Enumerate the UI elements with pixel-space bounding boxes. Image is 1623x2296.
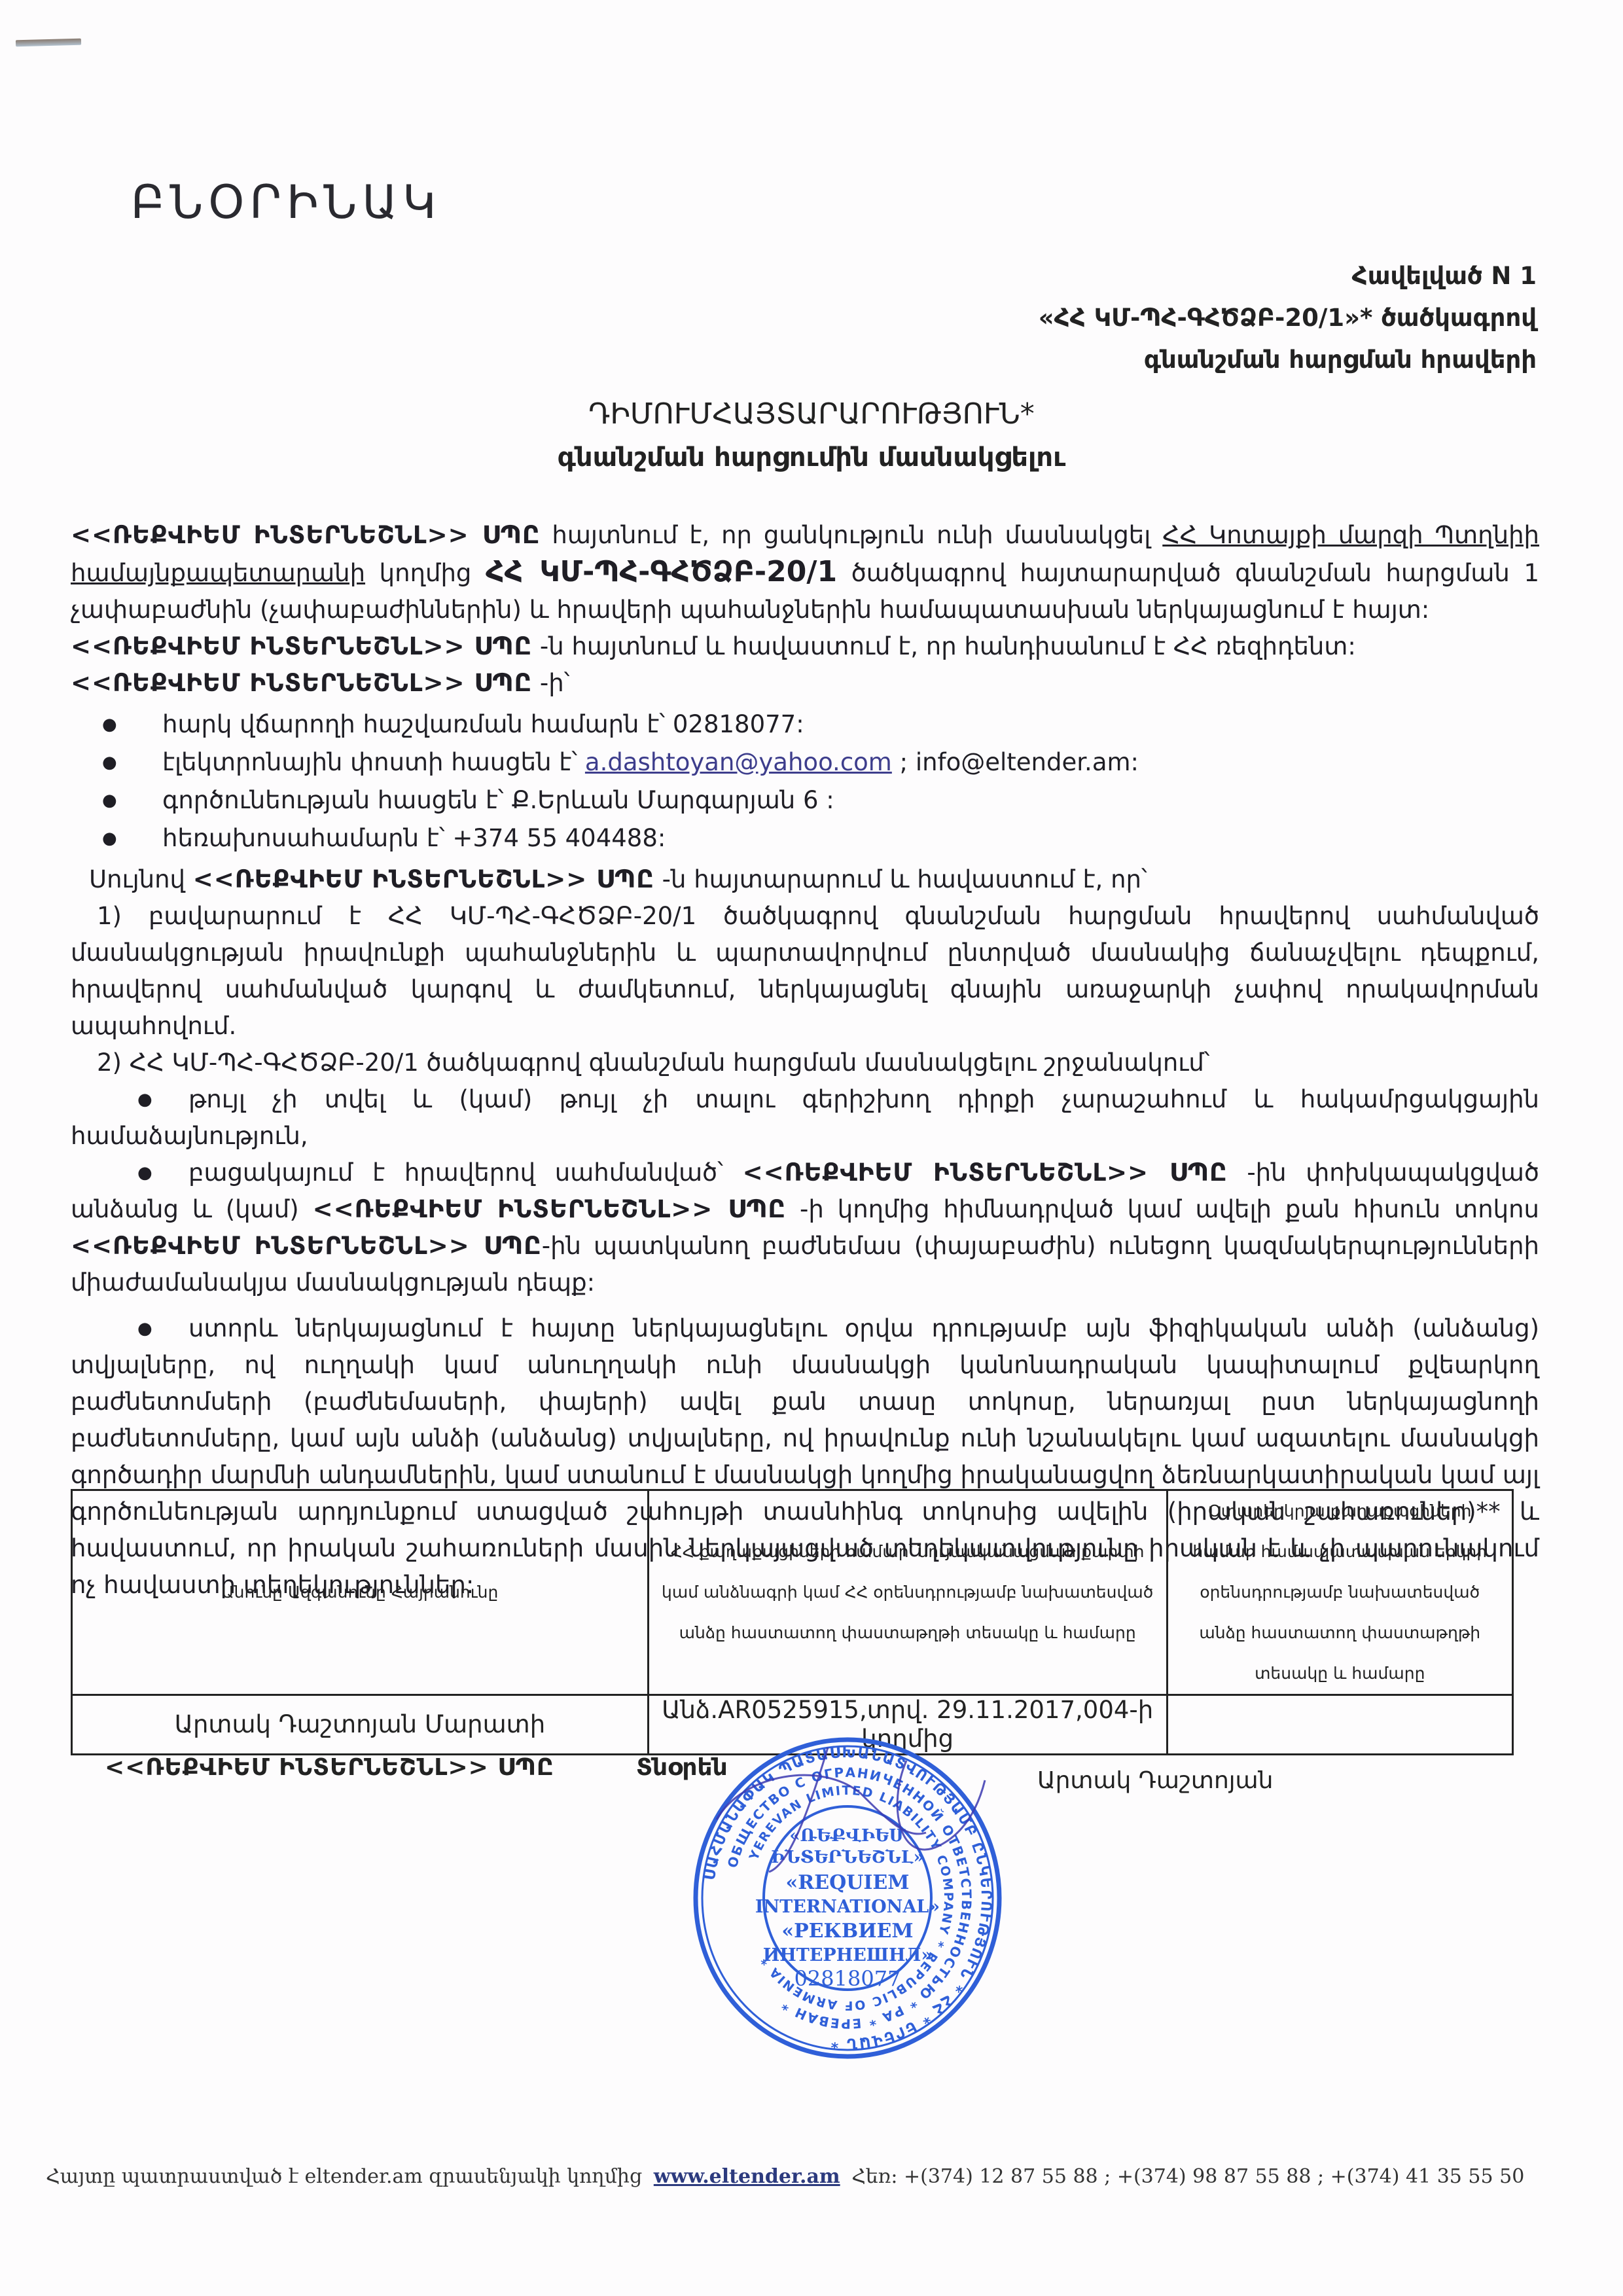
table-header-row: Անունը Ազգանունը Հայրանունը ՀՀ քաղաքացին…: [72, 1490, 1513, 1695]
header-full-name: Անունը Ազգանունը Հայրանունը: [72, 1490, 649, 1695]
procedure-code: ՀՀ ԿՄ-ՊՀ-ԳՀԾՁԲ-20/1: [486, 555, 837, 588]
declaration-body: <<ՌԵՔՎԻԵՄ ԻՆՏԵՐՆԵՇՆԼ>> ՍՊԸ հայտնում է, ո…: [71, 517, 1539, 1604]
cell-full-name: Արտակ Դաշտոյան Մարատի: [72, 1695, 649, 1755]
scan-artifact: [16, 39, 81, 47]
annex-subject: գնանշման հարցման հրավերի: [1039, 339, 1537, 381]
footer-note: Հայտը պատրաստված է eltender.am զրասենյակ…: [46, 2165, 642, 2188]
svg-text:«РЕКВИЕМ: «РЕКВИЕМ: [781, 1920, 913, 1943]
declaration-bullet-2: բացակայում է հրավերով սահմանված՝ <<ՌԵՔՎԻ…: [71, 1155, 1539, 1301]
email-item: էլեկտրոնային փոստի հասցեն է՝ a.dashtoyan…: [162, 744, 1539, 781]
annex-reference: Հավելված N 1 «ՀՀ ԿՄ-ՊՀ-ԳՀԾՁԲ-20/1»* ծածկ…: [1039, 255, 1537, 381]
beneficial-owners-table: Անունը Ազգանունը Հայրանունը ՀՀ քաղաքացին…: [71, 1489, 1514, 1755]
svg-text:«REQUIEM: «REQUIEM: [786, 1871, 910, 1894]
declaration-title: ԴԻՄՈՒՄՀԱՅՏԱՐԱՐՈՒԹՅՈՒՆ* գնանշման հարցումի…: [0, 393, 1623, 479]
svg-text:INTERNATIONAL»: INTERNATIONAL»: [755, 1897, 940, 1917]
declaration-bullet-1: թույլ չի տվել և (կամ) թույլ չի տալու գեր…: [71, 1081, 1539, 1155]
annex-code: «ՀՀ ԿՄ-ՊՀ-ԳՀԾՁԲ-20/1»* ծածկագրով: [1039, 297, 1537, 339]
signature-name: Արտակ Դաշտոյան: [1037, 1767, 1273, 1794]
title-sub: գնանշման հարցումին մասնակցելու: [0, 436, 1623, 479]
title-main: ԴԻՄՈՒՄՀԱՅՏԱՐԱՐՈՒԹՅՈՒՆ*: [0, 393, 1623, 436]
annex-number: Հավելված N 1: [1039, 255, 1537, 297]
company-stamp-icon: ՍԱՀՄԱՆԱՓԱԿ ՊԱՏԱՍԽԱՆԱՏՎՈՒԹՅԱՄԲ ԸՆԿԵՐՈՒԹՅՈ…: [690, 1734, 1005, 2062]
document-page: ԲՆՕՐԻՆԱԿ Հավելված N 1 «ՀՀ ԿՄ-ՊՀ-ԳՀԾՁԲ-20…: [0, 0, 1623, 2296]
footer: Հայտը պատրաստված է eltender.am զրասենյակ…: [46, 2165, 1524, 2188]
details-lead: <<ՌԵՔՎԻԵՄ ԻՆՏԵՐՆԵՇՆԼ>> ՍՊԸ -ի՝: [71, 665, 1539, 702]
resident-statement: <<ՌԵՔՎԻԵՄ ԻՆՏԵՐՆԵՇՆԼ>> ՍՊԸ -ն հայտնում և…: [71, 628, 1539, 665]
declaration-lead: Սույնով <<ՌԵՔՎԻԵՄ ԻՆՏԵՐՆԵՇՆԼ>> ՍՊԸ -ն հա…: [71, 861, 1539, 898]
svg-text:ИНТЕРНЕШНЛ»: ИНТЕРНЕШНЛ»: [763, 1945, 933, 1965]
header-am-id: ՀՀ քաղաքացիների համար՝ նույնականացման քա…: [648, 1490, 1167, 1695]
signature-company: <<ՌԵՔՎԻԵՄ ԻՆՏԵՐՆԵՇՆԼ>> ՍՊԸ: [105, 1754, 554, 1781]
cell-foreign-id: [1167, 1695, 1512, 1755]
address-item: գործունեության հասցեն է՝ Ք.Երևան Մարգարյ…: [162, 781, 1539, 819]
intro-paragraph: <<ՌԵՔՎԻԵՄ ԻՆՏԵՐՆԵՇՆԼ>> ՍՊԸ հայտնում է, ո…: [71, 517, 1539, 628]
declaration-item-1: 1) բավարարում է ՀՀ ԿՄ-ՊՀ-ԳՀԾՁԲ-20/1 ծածկ…: [71, 898, 1539, 1045]
phone-item: հեռախոսահամարն է՝ +374 55 404488:: [162, 819, 1539, 857]
company-details-list: հարկ վճարողի հաշվառման համարն է՝ 0281807…: [71, 706, 1539, 857]
footer-phones: Հեռ: +(374) 12 87 55 88 ; +(374) 98 87 5…: [851, 2165, 1524, 2188]
svg-text:ԻՆՏԵՐՆԵՇՆԼ»: ԻՆՏԵՐՆԵՇՆԼ»: [771, 1848, 924, 1867]
svg-text:02818077: 02818077: [794, 1966, 901, 1991]
original-label: ԲՆՕՐԻՆԱԿ: [131, 175, 441, 229]
email-link[interactable]: a.dashtoyan@yahoo.com: [585, 748, 892, 776]
declaration-item-2: 2) ՀՀ ԿՄ-ՊՀ-ԳՀԾՁԲ-20/1 ծածկագրով գնանշմա…: [71, 1045, 1539, 1081]
header-foreign-id: Օտարերկրյա քաղաքացիների համար համապատասխ…: [1167, 1490, 1512, 1695]
company-name: <<ՌԵՔՎԻԵՄ ԻՆՏԵՐՆԵՇՆԼ>> ՍՊԸ: [71, 521, 540, 549]
svg-text:«ՌԵՔՎԻԵՄ: «ՌԵՔՎԻԵՄ: [789, 1826, 906, 1846]
tax-id-item: հարկ վճարողի հաշվառման համարն է՝ 0281807…: [162, 706, 1539, 744]
footer-website-link[interactable]: www.eltender.am: [654, 2165, 840, 2188]
